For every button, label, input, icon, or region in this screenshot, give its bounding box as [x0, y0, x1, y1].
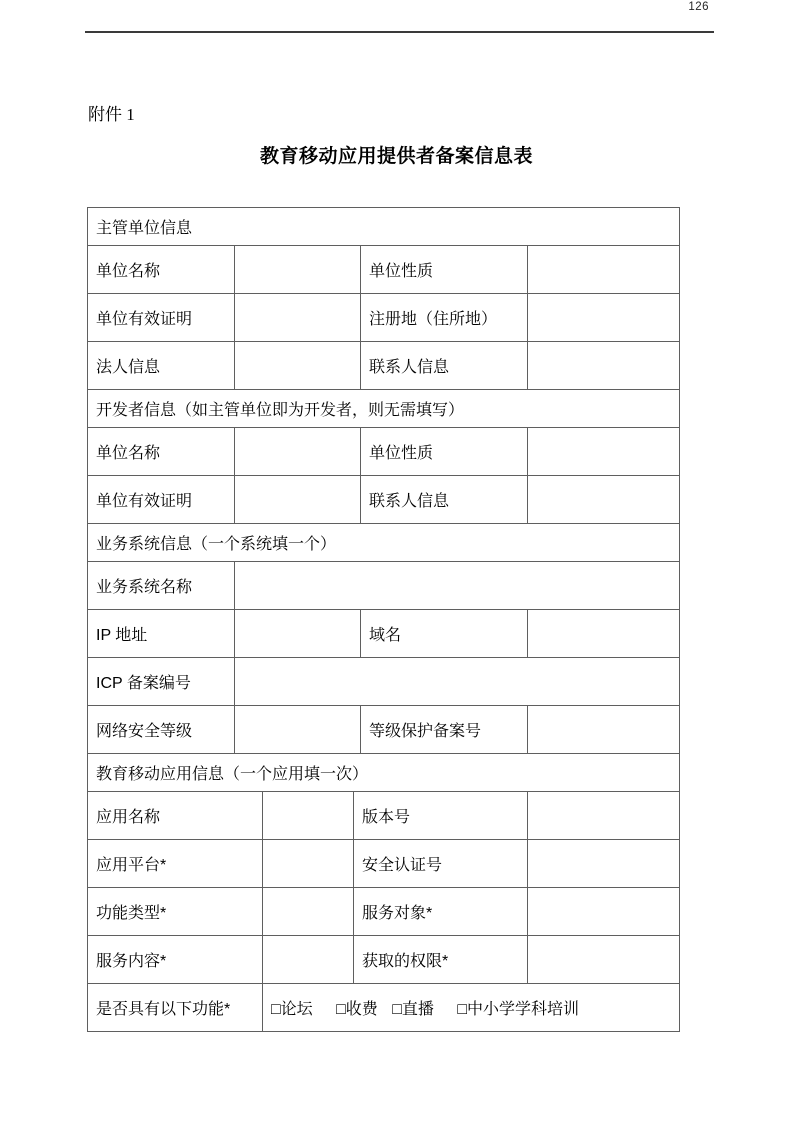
field-input-dev-contact-info[interactable] [528, 476, 680, 524]
field-label-acquired-permissions: 获取的权限* [354, 936, 528, 984]
field-input-dev-unit-name[interactable] [235, 428, 361, 476]
field-label-unit-nature: 单位性质 [361, 246, 528, 294]
field-label-unit-certificate: 单位有效证明 [88, 294, 235, 342]
functions-options-cell: □论坛 □收费 □直播 □中小学学科培训 [263, 984, 680, 1032]
field-label-security-cert-number: 安全认证号 [354, 840, 528, 888]
field-label-registered-address: 注册地（住所地） [361, 294, 528, 342]
field-label-has-functions: 是否具有以下功能* [88, 984, 263, 1032]
field-input-system-name[interactable] [235, 562, 680, 610]
field-label-unit-name: 单位名称 [88, 246, 235, 294]
section-header-row: 主管单位信息 [88, 208, 680, 246]
field-input-registered-address[interactable] [528, 294, 680, 342]
field-label-icp-number: ICP 备案编号 [88, 658, 235, 706]
field-input-contact-info[interactable] [528, 342, 680, 390]
document-page: 126 附件 1 教育移动应用提供者备案信息表 主管单位信息 单位名称 单位性质… [0, 0, 793, 1122]
field-input-unit-certificate[interactable] [235, 294, 361, 342]
table-row: 业务系统名称 [88, 562, 680, 610]
filing-form-table: 主管单位信息 单位名称 单位性质 单位有效证明 注册地（住所地） 法人信息 联系… [87, 207, 680, 1032]
field-input-unit-name[interactable] [235, 246, 361, 294]
checkbox-option-k12-subject-training[interactable]: □中小学学科培训 [457, 996, 579, 1019]
field-label-service-content: 服务内容* [88, 936, 263, 984]
field-input-app-name[interactable] [263, 792, 354, 840]
checkbox-option-charging[interactable]: □收费 [336, 996, 378, 1019]
field-label-dev-unit-name: 单位名称 [88, 428, 235, 476]
section-header-row: 教育移动应用信息（一个应用填一次） [88, 754, 680, 792]
header-rule [85, 31, 714, 33]
section-header-business-system: 业务系统信息（一个系统填一个） [88, 524, 680, 562]
field-input-service-content[interactable] [263, 936, 354, 984]
field-label-service-target: 服务对象* [354, 888, 528, 936]
table-row: 单位有效证明 联系人信息 [88, 476, 680, 524]
field-label-system-name: 业务系统名称 [88, 562, 235, 610]
field-input-function-type[interactable] [263, 888, 354, 936]
field-label-contact-info: 联系人信息 [361, 342, 528, 390]
field-input-acquired-permissions[interactable] [528, 936, 680, 984]
section-header-edu-app: 教育移动应用信息（一个应用填一次） [88, 754, 680, 792]
checkbox-option-forum[interactable]: □论坛 [271, 996, 313, 1019]
table-row: 单位名称 单位性质 [88, 246, 680, 294]
table-row: 是否具有以下功能* □论坛 □收费 □直播 □中小学学科培训 [88, 984, 680, 1032]
page-number: 126 [688, 1, 709, 13]
field-label-dev-unit-nature: 单位性质 [361, 428, 528, 476]
field-input-unit-nature[interactable] [528, 246, 680, 294]
table-row: 服务内容* 获取的权限* [88, 936, 680, 984]
field-label-dev-unit-certificate: 单位有效证明 [88, 476, 235, 524]
field-input-domain-name[interactable] [528, 610, 680, 658]
table-row: 应用平台* 安全认证号 [88, 840, 680, 888]
section-header-competent-unit: 主管单位信息 [88, 208, 680, 246]
field-input-service-target[interactable] [528, 888, 680, 936]
field-input-ip-address[interactable] [235, 610, 361, 658]
field-input-security-cert-number[interactable] [528, 840, 680, 888]
table-row: 法人信息 联系人信息 [88, 342, 680, 390]
field-label-app-name: 应用名称 [88, 792, 263, 840]
field-label-ip-address: IP 地址 [88, 610, 235, 658]
table-row: ICP 备案编号 [88, 658, 680, 706]
field-label-protection-filing-number: 等级保护备案号 [361, 706, 528, 754]
section-header-row: 业务系统信息（一个系统填一个） [88, 524, 680, 562]
table-row: 单位有效证明 注册地（住所地） [88, 294, 680, 342]
field-input-version-number[interactable] [528, 792, 680, 840]
field-label-function-type: 功能类型* [88, 888, 263, 936]
field-input-security-level[interactable] [235, 706, 361, 754]
checkbox-option-livestream[interactable]: □直播 [392, 996, 434, 1019]
attachment-label: 附件 1 [88, 100, 135, 125]
field-input-app-platform[interactable] [263, 840, 354, 888]
field-label-security-level: 网络安全等级 [88, 706, 235, 754]
table-row: 单位名称 单位性质 [88, 428, 680, 476]
field-label-app-platform: 应用平台* [88, 840, 263, 888]
field-input-icp-number[interactable] [235, 658, 680, 706]
field-label-version-number: 版本号 [354, 792, 528, 840]
section-header-developer: 开发者信息（如主管单位即为开发者，则无需填写） [88, 390, 680, 428]
page-title: 教育移动应用提供者备案信息表 [0, 141, 793, 168]
field-label-legal-person: 法人信息 [88, 342, 235, 390]
field-input-protection-filing-number[interactable] [528, 706, 680, 754]
field-input-dev-unit-nature[interactable] [528, 428, 680, 476]
field-input-legal-person[interactable] [235, 342, 361, 390]
section-header-row: 开发者信息（如主管单位即为开发者，则无需填写） [88, 390, 680, 428]
field-input-dev-unit-certificate[interactable] [235, 476, 361, 524]
field-label-domain-name: 域名 [361, 610, 528, 658]
table-row: 网络安全等级 等级保护备案号 [88, 706, 680, 754]
field-label-dev-contact-info: 联系人信息 [361, 476, 528, 524]
table-row: 应用名称 版本号 [88, 792, 680, 840]
table-row: 功能类型* 服务对象* [88, 888, 680, 936]
table-row: IP 地址 域名 [88, 610, 680, 658]
